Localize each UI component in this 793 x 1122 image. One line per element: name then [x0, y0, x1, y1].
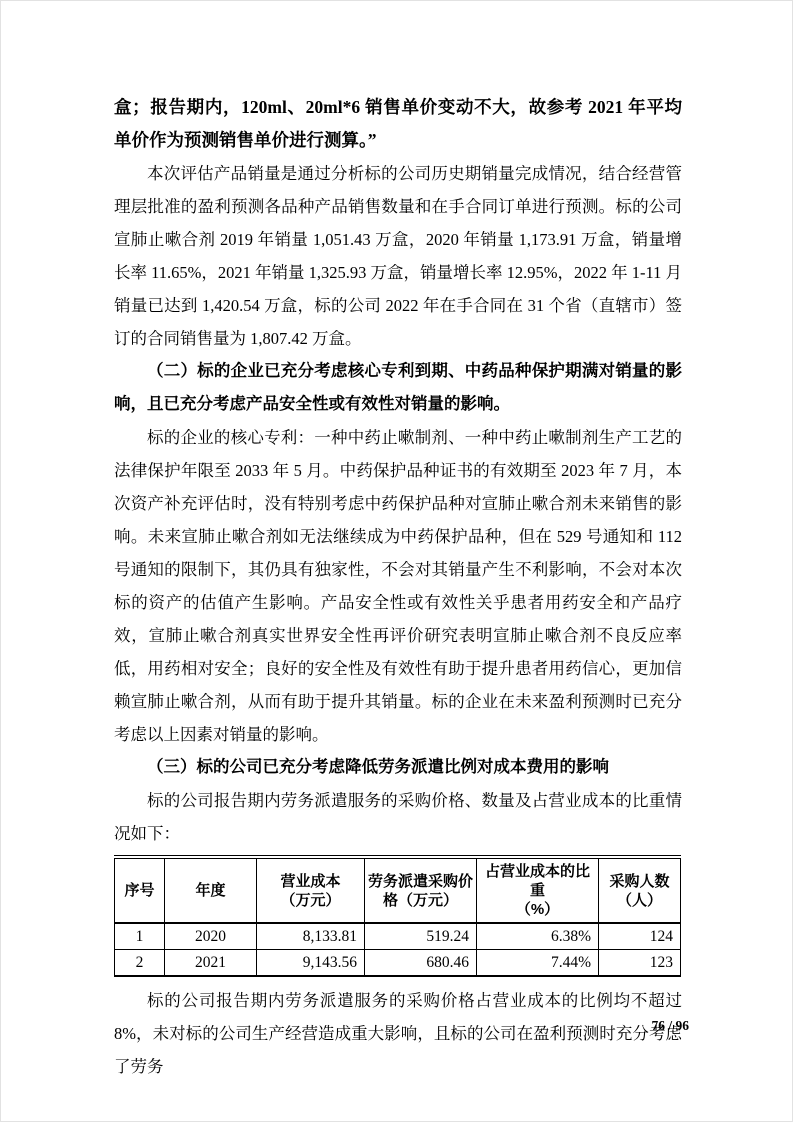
section-2-heading: （二）标的企业已充分考虑核心专利到期、中药品种保护期满对销量的影响，且已充分考虑… — [114, 355, 682, 421]
paragraph-labor-dispatch-intro: 标的公司报告期内劳务派遣服务的采购价格、数量及占营业成本的比重情况如下： — [114, 784, 682, 850]
table-cell: 680.46 — [365, 950, 477, 977]
table-cell: 7.44% — [477, 950, 599, 977]
paragraph-patent-protection: 标的企业的核心专利：一种中药止嗽制剂、一种中药止嗽制剂生产工艺的法律保护年限至 … — [114, 421, 682, 751]
table-header-row: 序号年度营业成本 （万元）劳务派遣采购价 格（万元）占营业成本的比重 （%）采购… — [115, 857, 681, 923]
section-3-heading: （三）标的公司已充分考虑降低劳务派遣比例对成本费用的影响 — [114, 751, 682, 784]
column-header: 劳务派遣采购价 格（万元） — [365, 857, 477, 923]
table-cell: 124 — [599, 923, 681, 950]
table-cell: 8,133.81 — [257, 923, 365, 950]
page-content: 盒；报告期内，120ml、20ml*6 销售单价变动不大，故参考 2021 年平… — [114, 91, 682, 1083]
table-cell: 2020 — [165, 923, 257, 950]
column-header: 采购人数 （人） — [599, 857, 681, 923]
quoted-paragraph-pricing: 盒；报告期内，120ml、20ml*6 销售单价变动不大，故参考 2021 年平… — [114, 91, 682, 157]
paragraph-labor-dispatch-note: 标的公司报告期内劳务派遣服务的采购价格占营业成本的比例均不超过 8%，未对标的公… — [114, 984, 682, 1083]
table-row: 220219,143.56680.467.44%123 — [115, 950, 681, 977]
table-cell: 9,143.56 — [257, 950, 365, 977]
table-cell: 6.38% — [477, 923, 599, 950]
table-cell: 1 — [115, 923, 165, 950]
paragraph-sales-forecast: 本次评估产品销量是通过分析标的公司历史期销量完成情况，结合经营管理层批准的盈利预… — [114, 157, 682, 355]
table-cell: 2021 — [165, 950, 257, 977]
labor-dispatch-cost-table: 序号年度营业成本 （万元）劳务派遣采购价 格（万元）占营业成本的比重 （%）采购… — [114, 855, 681, 977]
table-cell: 2 — [115, 950, 165, 977]
column-header: 占营业成本的比重 （%） — [477, 857, 599, 923]
column-header: 序号 — [115, 857, 165, 923]
column-header: 营业成本 （万元） — [257, 857, 365, 923]
table-row: 120208,133.81519.246.38%124 — [115, 923, 681, 950]
table-cell: 123 — [599, 950, 681, 977]
table-cell: 519.24 — [365, 923, 477, 950]
document-page: 盒；报告期内，120ml、20ml*6 销售单价变动不大，故参考 2021 年平… — [0, 0, 793, 1122]
column-header: 年度 — [165, 857, 257, 923]
page-number: 76 / 96 — [651, 1018, 689, 1034]
